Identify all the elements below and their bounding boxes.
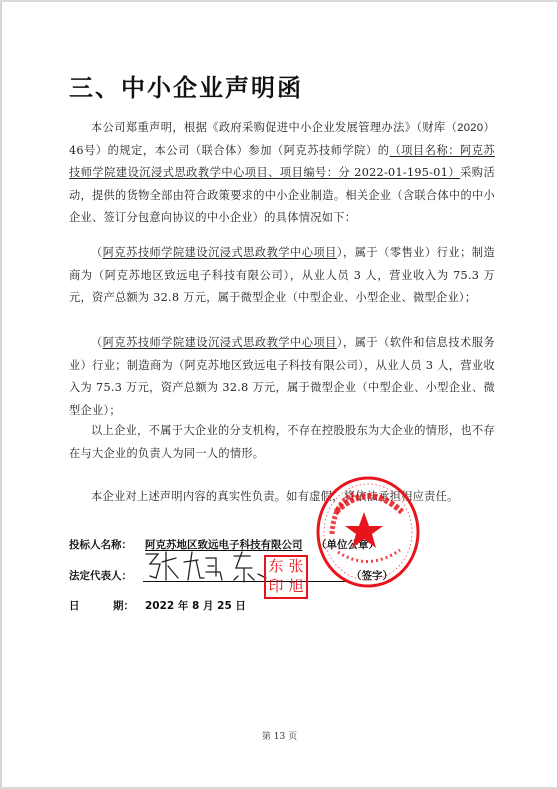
enterprise-paragraph-2: （阿克苏技师学院建设沉浸式思政教学中心项目），属于（软件和信息技术服务业）行业；…: [69, 332, 495, 422]
paren: （: [91, 246, 103, 259]
statement-paragraph: 以上企业，不属于大企业的分支机构，不存在控股股东为大企业的情形，也不存在与大企业…: [69, 420, 495, 465]
date-label: 日: [69, 600, 80, 612]
legal-rep-label: 法定代表人：: [69, 570, 132, 582]
project-name: 阿克苏技师学院建设沉浸式思政教学中心项目: [103, 246, 337, 259]
seal-char: 东: [266, 557, 286, 577]
enterprise-paragraph-1: （阿克苏技师学院建设沉浸式思政教学中心项目），属于（零售业）行业；制造商为（阿克…: [69, 242, 495, 310]
date-row: 日 期： 2022 年 8 月 25 日: [69, 598, 489, 614]
page-number: 第 13 页: [2, 729, 557, 742]
para1-year: 2020: [457, 122, 483, 134]
page-title: 三、中小企业声明函: [69, 68, 303, 103]
bidder-name-row: 投标人名称： 阿克苏地区致远电子科技有限公司 （单位公章）: [69, 537, 489, 553]
seal-char: 旭: [286, 577, 306, 597]
document-page: 三、中小企业声明函 本公司郑重声明，根据《政府采购促进中小企业发展管理办法》（财…: [1, 2, 558, 787]
para1-text: 本公司郑重声明，根据《政府采购促进中小企业发展管理办法》（财库（: [91, 121, 457, 134]
paren: （: [91, 336, 103, 349]
responsibility-paragraph: 本企业对上述声明内容的真实性负责。如有虚假，将依法承担相应责任。: [69, 486, 495, 509]
bidder-label: 投标人名称：: [69, 539, 132, 551]
company-seal-round: [314, 472, 424, 590]
date-value: 2022 年 8 月 25 日: [145, 598, 246, 613]
handwritten-signature: [142, 548, 272, 584]
date-label-suffix: 期：: [113, 598, 134, 613]
declaration-paragraph-1: 本公司郑重声明，根据《政府采购促进中小企业发展管理办法》（财库（2020）46号…: [69, 117, 495, 230]
seal-char: 张: [286, 557, 306, 577]
project-name: 阿克苏技师学院建设沉浸式思政教学中心项目: [103, 336, 337, 349]
personal-seal-square: 东 张 印 旭: [264, 555, 308, 599]
seal-char: 印: [266, 577, 286, 597]
